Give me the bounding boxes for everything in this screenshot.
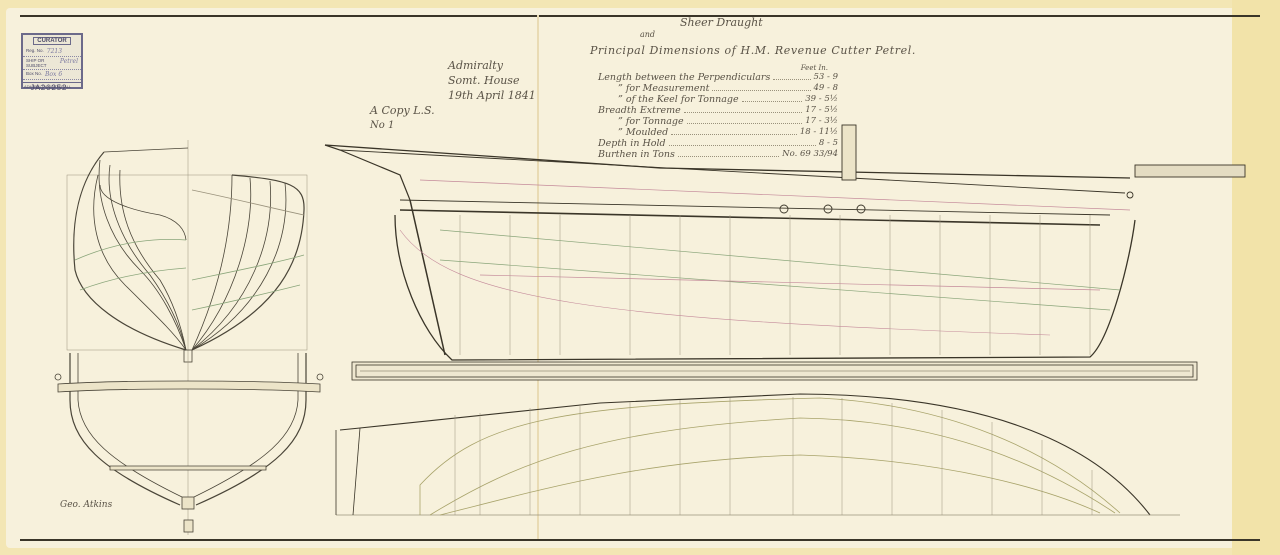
scale-bar: [352, 362, 1197, 380]
dimension-row: Length between the Perpendiculars53 - 9: [598, 72, 838, 83]
dimension-row: Depth in Hold8 - 5: [598, 138, 838, 149]
body-plan: [67, 140, 307, 362]
dimensions-table: Feet In. Length between the Perpendicula…: [598, 64, 838, 160]
signature: Geo. Atkins: [60, 500, 112, 510]
copy-annotation: A Copy L.S.: [370, 104, 435, 117]
ship-value: Petrel: [60, 58, 78, 68]
reg-value: 7213: [47, 48, 62, 55]
box-label: Box No.: [26, 71, 42, 78]
curator-stamp: CURATOR Reg. No.7213 SHIP OR SUBJECTPetr…: [21, 33, 83, 89]
stamp-header: CURATOR: [33, 37, 71, 45]
dimensions-unit-header: Feet In.: [598, 64, 838, 72]
reference-number: JA26252: [30, 84, 67, 93]
title-line-1: Sheer Draught: [680, 16, 763, 29]
ship-label: SHIP OR SUBJECT: [26, 58, 57, 68]
dimension-row: Breadth Extreme17 - 5½: [598, 105, 838, 116]
dimension-row: ” for Measurement49 - 8: [598, 83, 838, 94]
title-line-3: Principal Dimensions of H.M. Revenue Cut…: [590, 44, 916, 57]
dimension-row: Burthen in TonsNo. 69 33/94: [598, 149, 838, 160]
title-line-2: and: [640, 30, 655, 39]
dimension-row: ” for Tonnage17 - 3½: [598, 116, 838, 127]
admiralty-annotation: Admiralty Somt. House 19th April 1841: [448, 58, 536, 103]
reg-label: Reg. No.: [26, 48, 44, 55]
half-breadth-plan: [336, 394, 1180, 515]
dimension-row: ” of the Keel for Tonnage39 - 5½: [598, 94, 838, 105]
number-annotation: No 1: [370, 120, 394, 131]
dimension-row: ” Moulded18 - 11½: [598, 127, 838, 138]
sheer-plan: [325, 125, 1245, 360]
box-value: Box 6: [45, 71, 62, 78]
